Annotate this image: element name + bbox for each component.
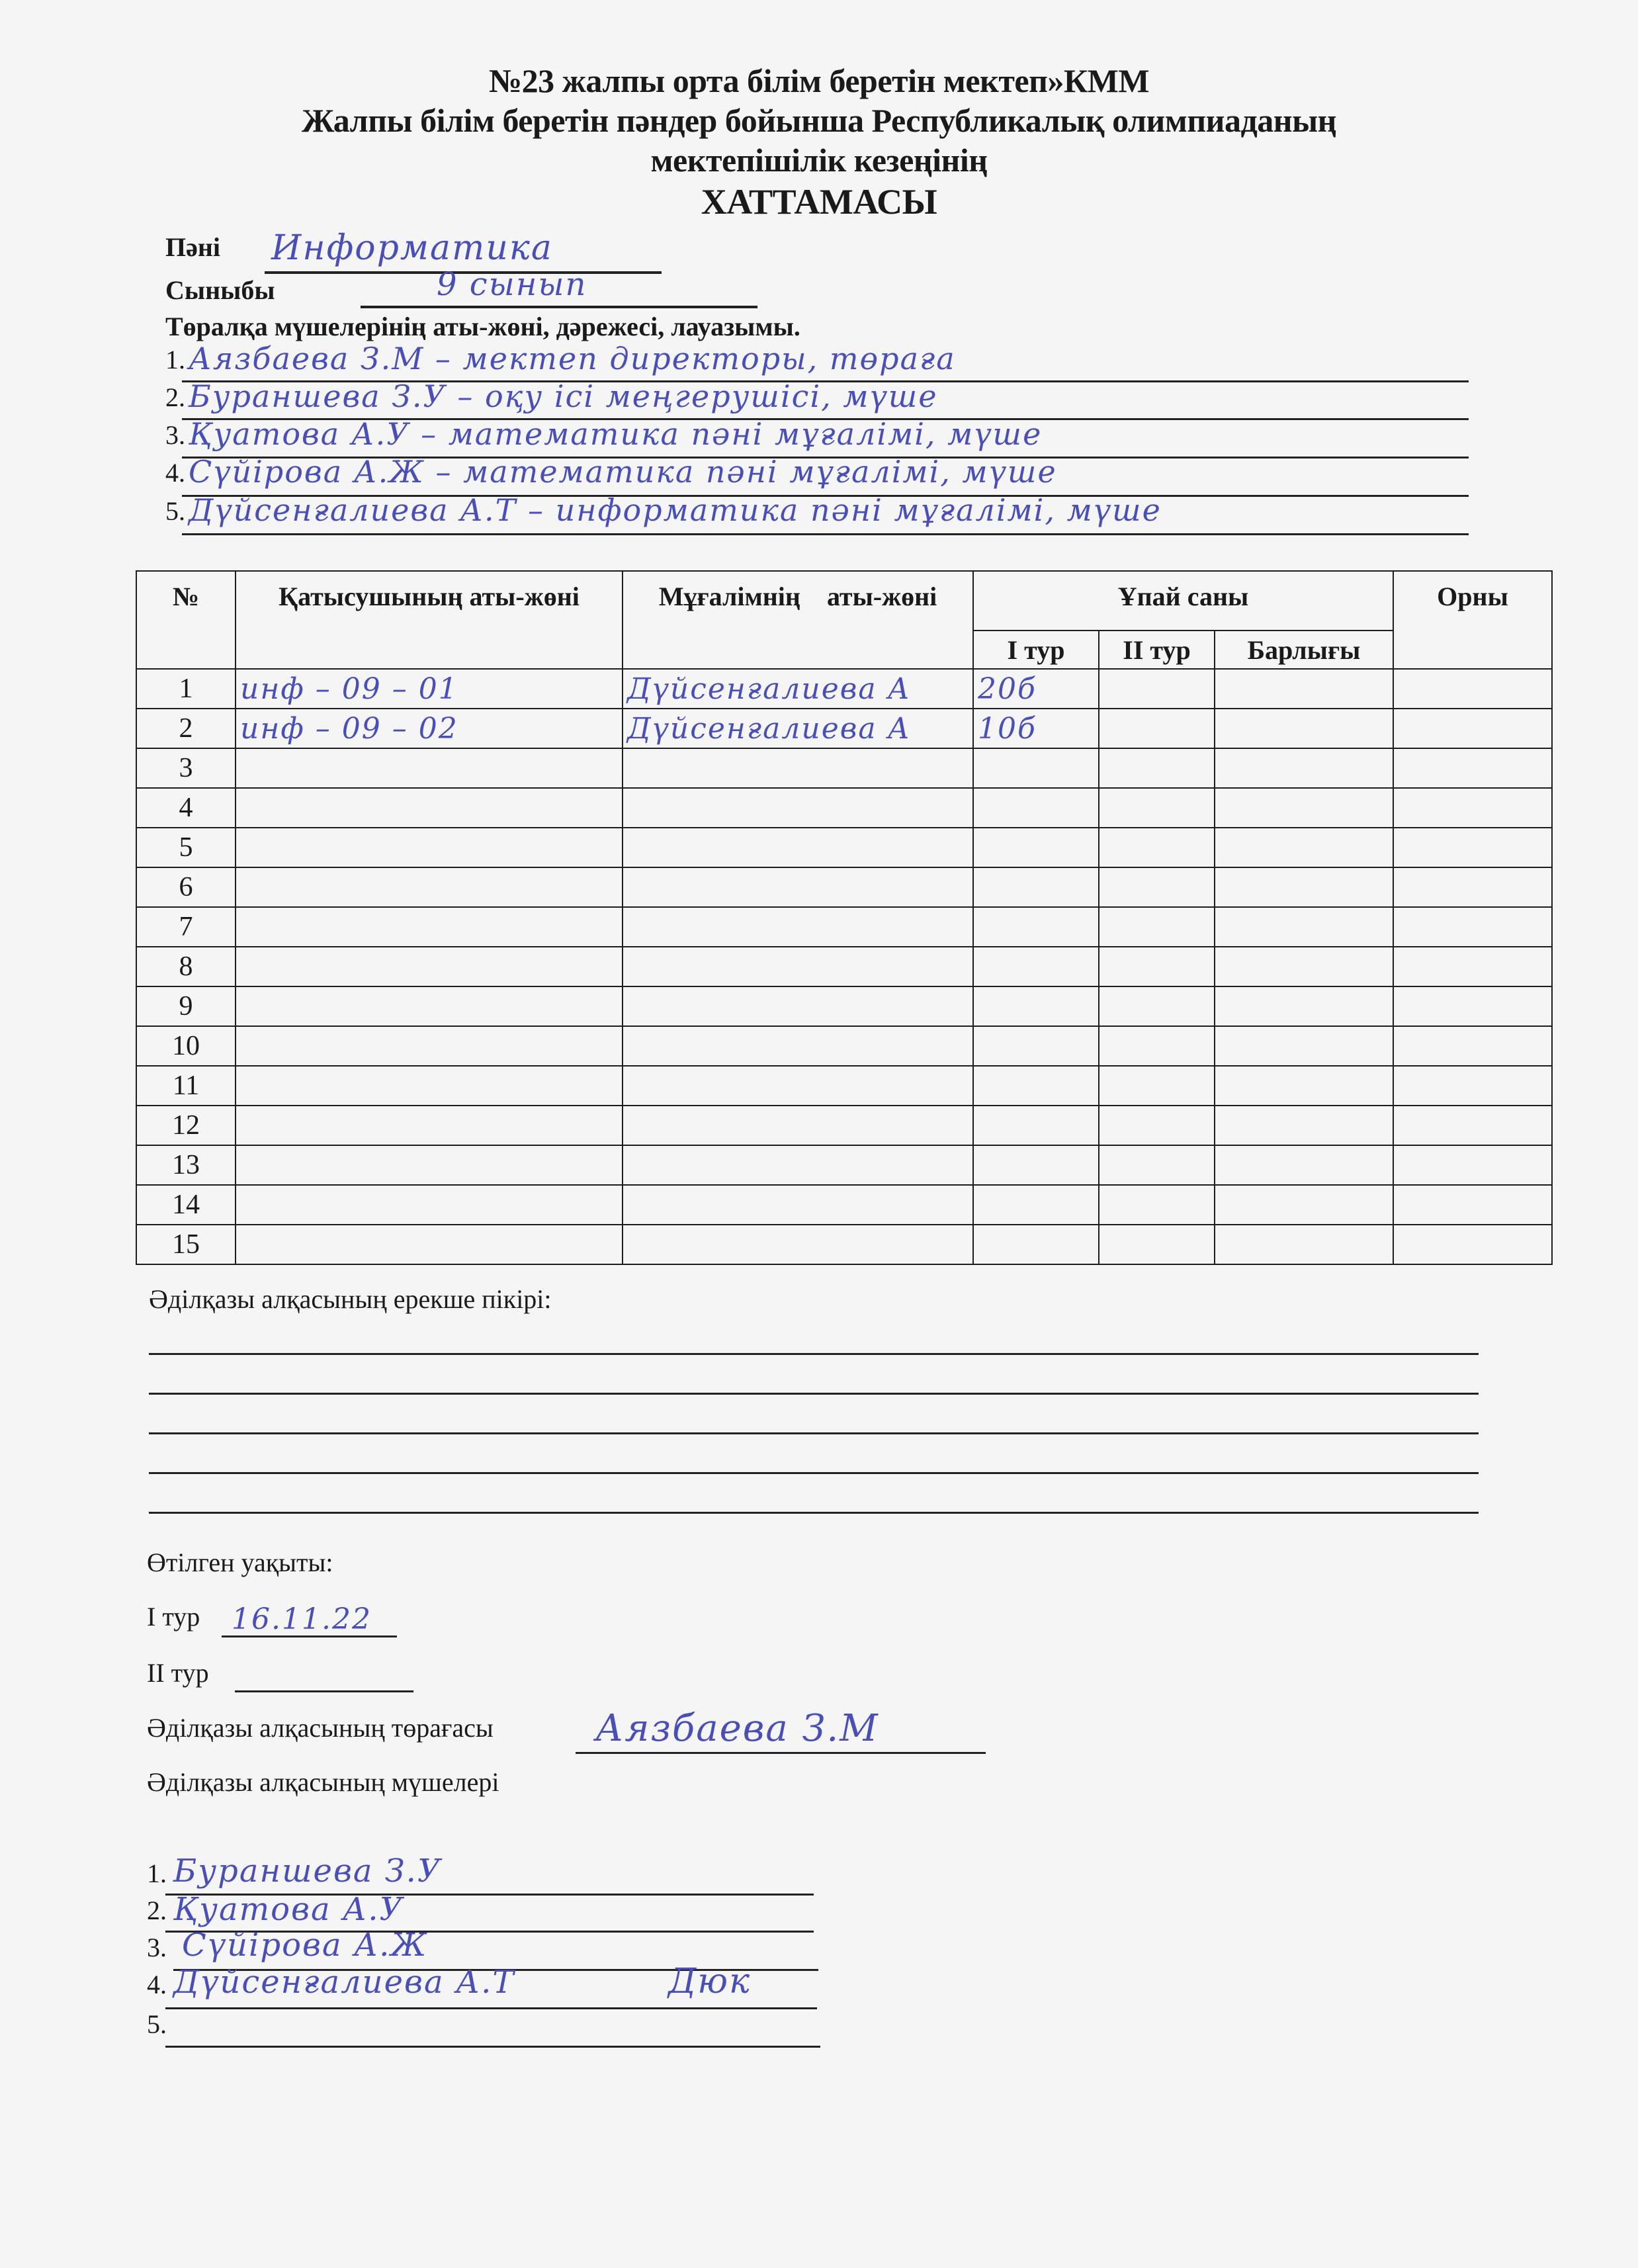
round2-cell[interactable] (1099, 947, 1215, 986)
participant-cell[interactable] (236, 828, 623, 867)
col-header-participant: Қатысушының аты-жөні (236, 571, 623, 669)
committee-num: 3. (165, 419, 185, 451)
row-num: 3 (136, 748, 236, 788)
participant-cell[interactable] (236, 788, 623, 828)
opinion-label: Әділқазы алқасының ерекше пікірі: (149, 1284, 552, 1315)
participant-cell[interactable] (236, 1145, 623, 1185)
teacher-cell[interactable] (623, 1026, 973, 1066)
place-cell[interactable] (1393, 907, 1552, 947)
class-label: Сыныбы (165, 275, 275, 306)
teacher-cell[interactable] (623, 1066, 973, 1106)
round1-cell[interactable] (973, 748, 1099, 788)
committee-num: 4. (165, 457, 185, 488)
teacher-cell[interactable] (623, 748, 973, 788)
round1-cell[interactable] (973, 907, 1099, 947)
table-row: 14 (136, 1185, 1552, 1225)
protocol-title: ХАТТАМАСЫ (0, 180, 1638, 224)
round2-cell[interactable] (1099, 709, 1215, 748)
participant-cell[interactable] (236, 1066, 623, 1106)
committee-line (182, 533, 1469, 535)
committee-member-2[interactable]: Бураншева З.У – оқу ісі меңгерушісі, мүш… (189, 378, 938, 414)
member-num: 5. (147, 2009, 167, 2040)
participant-cell[interactable] (236, 1106, 623, 1145)
table-row: 10 (136, 1026, 1552, 1066)
row-num: 8 (136, 947, 236, 986)
place-cell[interactable] (1393, 748, 1552, 788)
round1-cell[interactable]: 10б (973, 709, 1099, 748)
place-cell[interactable] (1393, 1145, 1552, 1185)
committee-num: 1. (165, 344, 185, 375)
round2-cell[interactable] (1099, 907, 1215, 947)
round1-cell[interactable] (973, 1106, 1099, 1145)
round1-cell[interactable] (973, 867, 1099, 907)
total-cell[interactable] (1215, 709, 1393, 748)
round2-cell[interactable] (1099, 828, 1215, 867)
teacher-cell[interactable]: Дүйсенғалиева А (623, 669, 973, 709)
col-header-teacher: Мұғалімнің аты-жөні (623, 571, 973, 669)
total-cell[interactable] (1215, 1225, 1393, 1264)
col-header-score: Ұпай саны (973, 571, 1393, 631)
table-row: 12 (136, 1106, 1552, 1145)
col-header-round1: І тур (973, 631, 1099, 669)
document-header: №23 жалпы орта білім беретін мектеп»КММ … (0, 61, 1638, 224)
round2-cell[interactable] (1099, 1145, 1215, 1185)
member-2-name[interactable]: Қуатова А.У (173, 1891, 404, 1928)
row-num: 4 (136, 788, 236, 828)
round1-cell[interactable] (973, 1225, 1099, 1264)
place-cell[interactable] (1393, 828, 1552, 867)
round1-cell[interactable] (973, 1185, 1099, 1225)
col-header-place: Орны (1393, 571, 1552, 669)
chair-label: Әділқазы алқасының төрағасы (147, 1712, 494, 1743)
table-row: 7 (136, 907, 1552, 947)
table-row: 9 (136, 986, 1552, 1026)
teacher-cell[interactable] (623, 1185, 973, 1225)
round2-cell[interactable] (1099, 1066, 1215, 1106)
teacher-cell[interactable] (623, 788, 973, 828)
table-row: 11 (136, 1066, 1552, 1106)
total-cell[interactable] (1215, 947, 1393, 986)
col-header-num: № (136, 571, 236, 669)
row-num: 6 (136, 867, 236, 907)
total-cell[interactable] (1215, 1185, 1393, 1225)
round2-cell[interactable] (1099, 867, 1215, 907)
class-underline (361, 306, 757, 308)
col-header-total: Барлығы (1215, 631, 1393, 669)
place-cell[interactable] (1393, 986, 1552, 1026)
row-num: 5 (136, 828, 236, 867)
teacher-cell[interactable] (623, 907, 973, 947)
opinion-line-1[interactable] (149, 1353, 1479, 1355)
place-cell[interactable] (1393, 1066, 1552, 1106)
total-cell[interactable] (1215, 1106, 1393, 1145)
round2-cell[interactable] (1099, 748, 1215, 788)
olympiad-stage: мектепішілік кезеңінің (0, 140, 1638, 180)
opinion-line-3[interactable] (149, 1432, 1479, 1434)
row-num: 1 (136, 669, 236, 709)
round2-label: ІІ тур (147, 1657, 209, 1688)
round1-cell[interactable] (973, 1145, 1099, 1185)
total-cell[interactable] (1215, 1145, 1393, 1185)
row-num: 2 (136, 709, 236, 748)
member-num: 2. (147, 1895, 167, 1926)
place-cell[interactable] (1393, 1225, 1552, 1264)
place-cell[interactable] (1393, 947, 1552, 986)
member-4-signature[interactable]: Дюк (668, 1962, 751, 2001)
member-num: 3. (147, 1932, 167, 1963)
opinion-line-2[interactable] (149, 1393, 1479, 1395)
row-num: 12 (136, 1106, 236, 1145)
participant-cell[interactable] (236, 1026, 623, 1066)
total-cell[interactable] (1215, 788, 1393, 828)
round1-cell[interactable] (973, 828, 1099, 867)
participant-cell[interactable]: инф – 09 – 02 (236, 709, 623, 748)
teacher-cell[interactable] (623, 1145, 973, 1185)
row-num: 11 (136, 1066, 236, 1106)
round1-cell[interactable] (973, 788, 1099, 828)
opinion-line-5[interactable] (149, 1512, 1479, 1514)
member-4-name[interactable]: Дүйсенғалиева А.Т (173, 1964, 515, 2001)
results-table: № Қатысушының аты-жөні Мұғалімнің аты-жө… (136, 570, 1551, 1237)
round1-cell[interactable]: 20б (973, 669, 1099, 709)
total-cell[interactable] (1215, 669, 1393, 709)
participant-cell[interactable] (236, 1185, 623, 1225)
subject-label: Пәні (165, 232, 220, 263)
participant-cell[interactable]: инф – 09 – 01 (236, 669, 623, 709)
round2-cell[interactable] (1099, 669, 1215, 709)
committee-num: 2. (165, 382, 185, 413)
member-num: 1. (147, 1858, 167, 1889)
round2-cell[interactable] (1099, 788, 1215, 828)
total-cell[interactable] (1215, 986, 1393, 1026)
participant-cell[interactable] (236, 947, 623, 986)
participant-cell[interactable] (236, 748, 623, 788)
table-row: 2 инф – 09 – 02 Дүйсенғалиева А 10б (136, 709, 1552, 748)
teacher-cell[interactable] (623, 947, 973, 986)
round2-cell[interactable] (1099, 1026, 1215, 1066)
round1-cell[interactable] (973, 1066, 1099, 1106)
member-line (165, 2007, 817, 2009)
chair-name[interactable]: Аязбаева З.М (595, 1707, 879, 1750)
row-num: 10 (136, 1026, 236, 1066)
member-num: 4. (147, 1969, 167, 2000)
time-label: Өтілген уақыты: (147, 1547, 333, 1578)
class-value[interactable]: 9 сынып (437, 266, 587, 303)
table-row: 1 инф – 09 – 01 Дүйсенғалиева А 20б (136, 669, 1552, 709)
round2-cell[interactable] (1099, 1225, 1215, 1264)
committee-num: 5. (165, 496, 185, 527)
total-cell[interactable] (1215, 1026, 1393, 1066)
round2-cell[interactable] (1099, 1106, 1215, 1145)
table-row: 8 (136, 947, 1552, 986)
total-cell[interactable] (1215, 748, 1393, 788)
member-3-name[interactable]: Сүйірова А.Ж (182, 1927, 427, 1964)
teacher-cell[interactable] (623, 1106, 973, 1145)
round1-cell[interactable] (973, 986, 1099, 1026)
row-num: 15 (136, 1225, 236, 1264)
row-num: 9 (136, 986, 236, 1026)
teacher-cell[interactable] (623, 1225, 973, 1264)
place-cell[interactable] (1393, 1106, 1552, 1145)
school-name: №23 жалпы орта білім беретін мектеп»КММ (0, 61, 1638, 101)
round2-cell[interactable] (1099, 1185, 1215, 1225)
row-num: 14 (136, 1185, 236, 1225)
chair-underline (576, 1752, 986, 1754)
round1-cell[interactable] (973, 947, 1099, 986)
committee-heading: Төралқа мүшелерінің аты-жөні, дәрежесі, … (165, 311, 800, 342)
table-row: 13 (136, 1145, 1552, 1185)
round2-underline (235, 1690, 413, 1692)
committee-member-5[interactable]: Дүйсенғалиева А.Т – информатика пәні мұғ… (189, 492, 1162, 528)
round2-cell[interactable] (1099, 986, 1215, 1026)
participant-cell[interactable] (236, 867, 623, 907)
place-cell[interactable] (1393, 709, 1552, 748)
total-cell[interactable] (1215, 867, 1393, 907)
row-num: 13 (136, 1145, 236, 1185)
round1-label: І тур (147, 1601, 200, 1632)
round1-date[interactable]: 16.11.22 (232, 1602, 372, 1636)
table-row: 5 (136, 828, 1552, 867)
total-cell[interactable] (1215, 1066, 1393, 1106)
place-cell[interactable] (1393, 669, 1552, 709)
teacher-cell[interactable]: Дүйсенғалиева А (623, 709, 973, 748)
place-cell[interactable] (1393, 1026, 1552, 1066)
total-cell[interactable] (1215, 828, 1393, 867)
table-row: 6 (136, 867, 1552, 907)
table-row: 3 (136, 748, 1552, 788)
place-cell[interactable] (1393, 788, 1552, 828)
subject-value[interactable]: Информатика (271, 228, 553, 268)
opinion-line-4[interactable] (149, 1472, 1479, 1474)
table-row: 15 (136, 1225, 1552, 1264)
committee-member-3[interactable]: Қуатова А.У – математика пәні мұғалімі, … (189, 416, 1042, 452)
table-row: 4 (136, 788, 1552, 828)
place-cell[interactable] (1393, 1185, 1552, 1225)
teacher-cell[interactable] (623, 867, 973, 907)
col-header-round2: ІІ тур (1099, 631, 1215, 669)
place-cell[interactable] (1393, 867, 1552, 907)
teacher-cell[interactable] (623, 986, 973, 1026)
member-line (165, 2046, 820, 2048)
committee-member-4[interactable]: Сүйірова А.Ж – математика пәні мұғалімі,… (189, 454, 1057, 490)
participant-cell[interactable] (236, 907, 623, 947)
member-1-name[interactable]: Бураншева З.У (173, 1853, 442, 1890)
round1-cell[interactable] (973, 1026, 1099, 1066)
row-num: 7 (136, 907, 236, 947)
participant-cell[interactable] (236, 986, 623, 1026)
olympiad-title: Жалпы білім беретін пәндер бойынша Респу… (0, 101, 1638, 140)
participant-cell[interactable] (236, 1225, 623, 1264)
total-cell[interactable] (1215, 907, 1393, 947)
committee-member-1[interactable]: Аязбаева З.М – мектеп директоры, төраға (189, 341, 956, 376)
members-label: Әділқазы алқасының мүшелері (147, 1766, 499, 1798)
teacher-cell[interactable] (623, 828, 973, 867)
